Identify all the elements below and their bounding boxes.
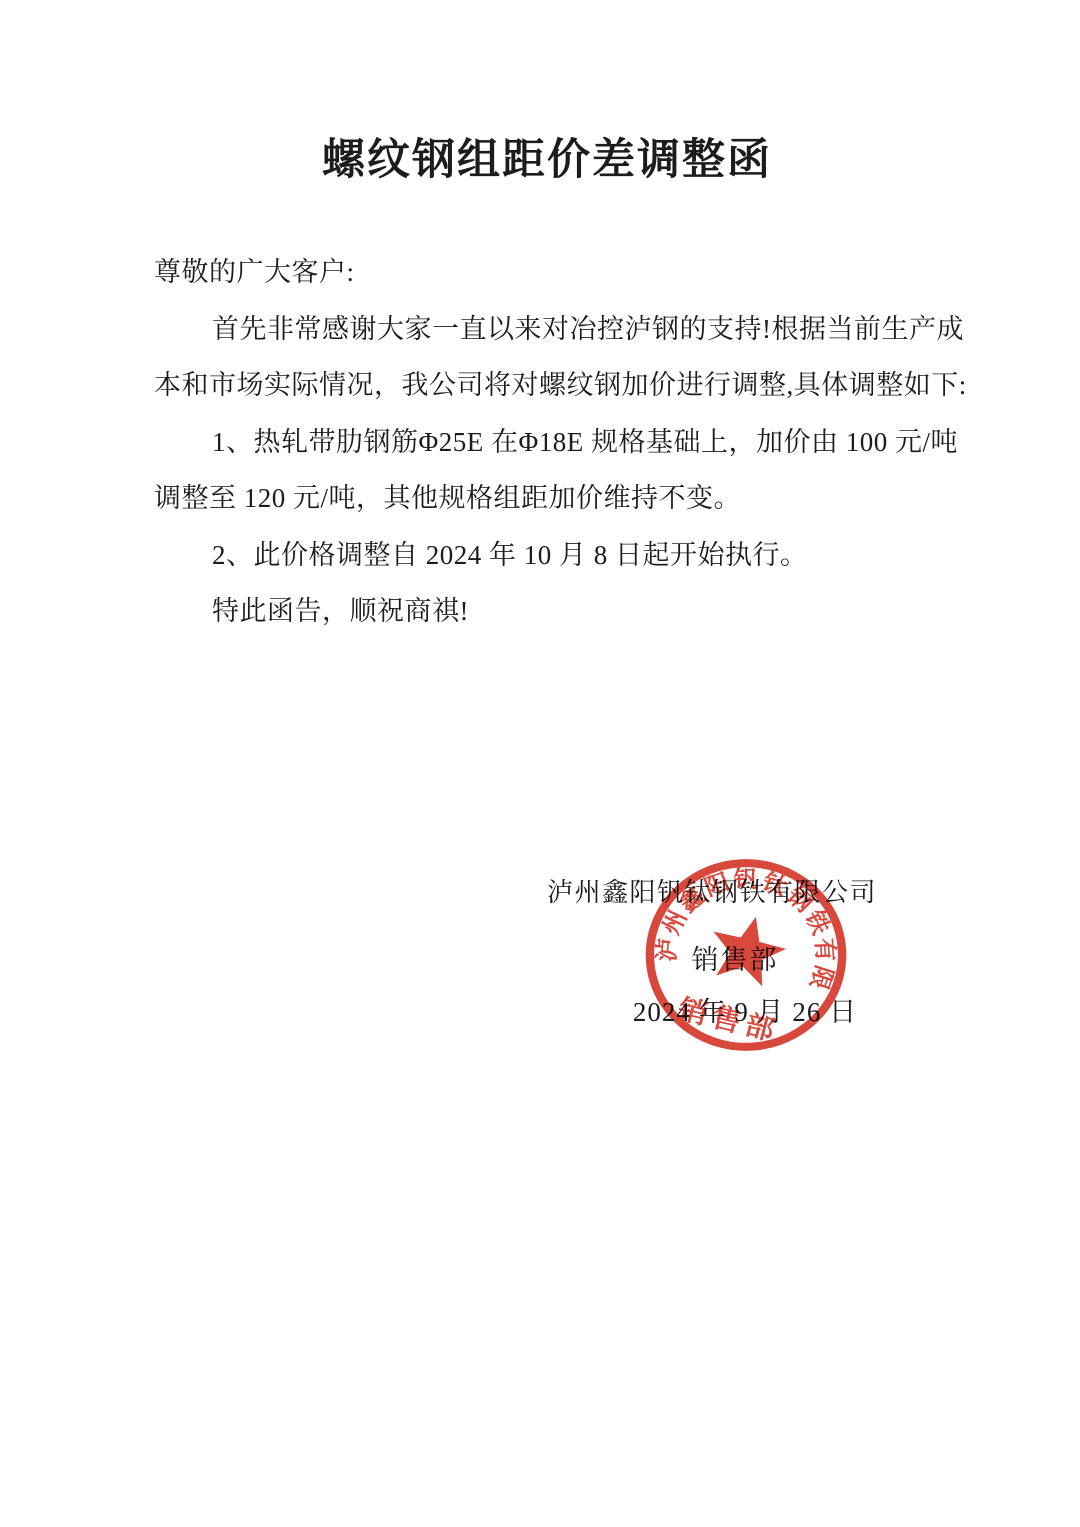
closing-line: 特此函告，顺祝商祺! [154, 583, 960, 640]
letter-body: 尊敬的广大客户: 首先非常感谢大家一直以来对冶控泸钢的支持!根据当前生产成 本和… [154, 244, 960, 640]
body-line-item1-2: 调整至 120 元/吨，其他规格组距加价维持不变。 [154, 470, 960, 527]
document-page: 螺纹钢组距价差调整函 尊敬的广大客户: 首先非常感谢大家一直以来对冶控泸钢的支持… [0, 0, 1080, 1527]
star-icon [703, 908, 792, 989]
body-line-item1-1: 1、热轧带肋钢筋Φ25E 在Φ18E 规格基础上，加价由 100 元/吨 [154, 414, 960, 471]
page-title: 螺纹钢组距价差调整函 [0, 126, 1080, 187]
body-line-intro-1: 首先非常感谢大家一直以来对冶控泸钢的支持!根据当前生产成 [154, 301, 960, 358]
seal-company-arc-textpath: 泸州鑫阳钒钛钢铁有限公司 [634, 848, 858, 1003]
seal-company-arc-text: 泸州鑫阳钒钛钢铁有限公司 [634, 848, 858, 1003]
seal-group: 泸州鑫阳钒钛钢铁有限公司 销售部 [634, 848, 858, 1062]
body-line-intro-2: 本和市场实际情况，我公司将对螺纹钢加价进行调整,具体调整如下: [154, 357, 960, 414]
salutation-line: 尊敬的广大客户: [154, 244, 960, 301]
body-line-item2: 2、此价格调整自 2024 年 10 月 8 日起开始执行。 [154, 527, 960, 584]
company-seal: 泸州鑫阳钒钛钢铁有限公司 销售部 [634, 848, 858, 1062]
seal-department-text: 销售部 [675, 993, 784, 1048]
